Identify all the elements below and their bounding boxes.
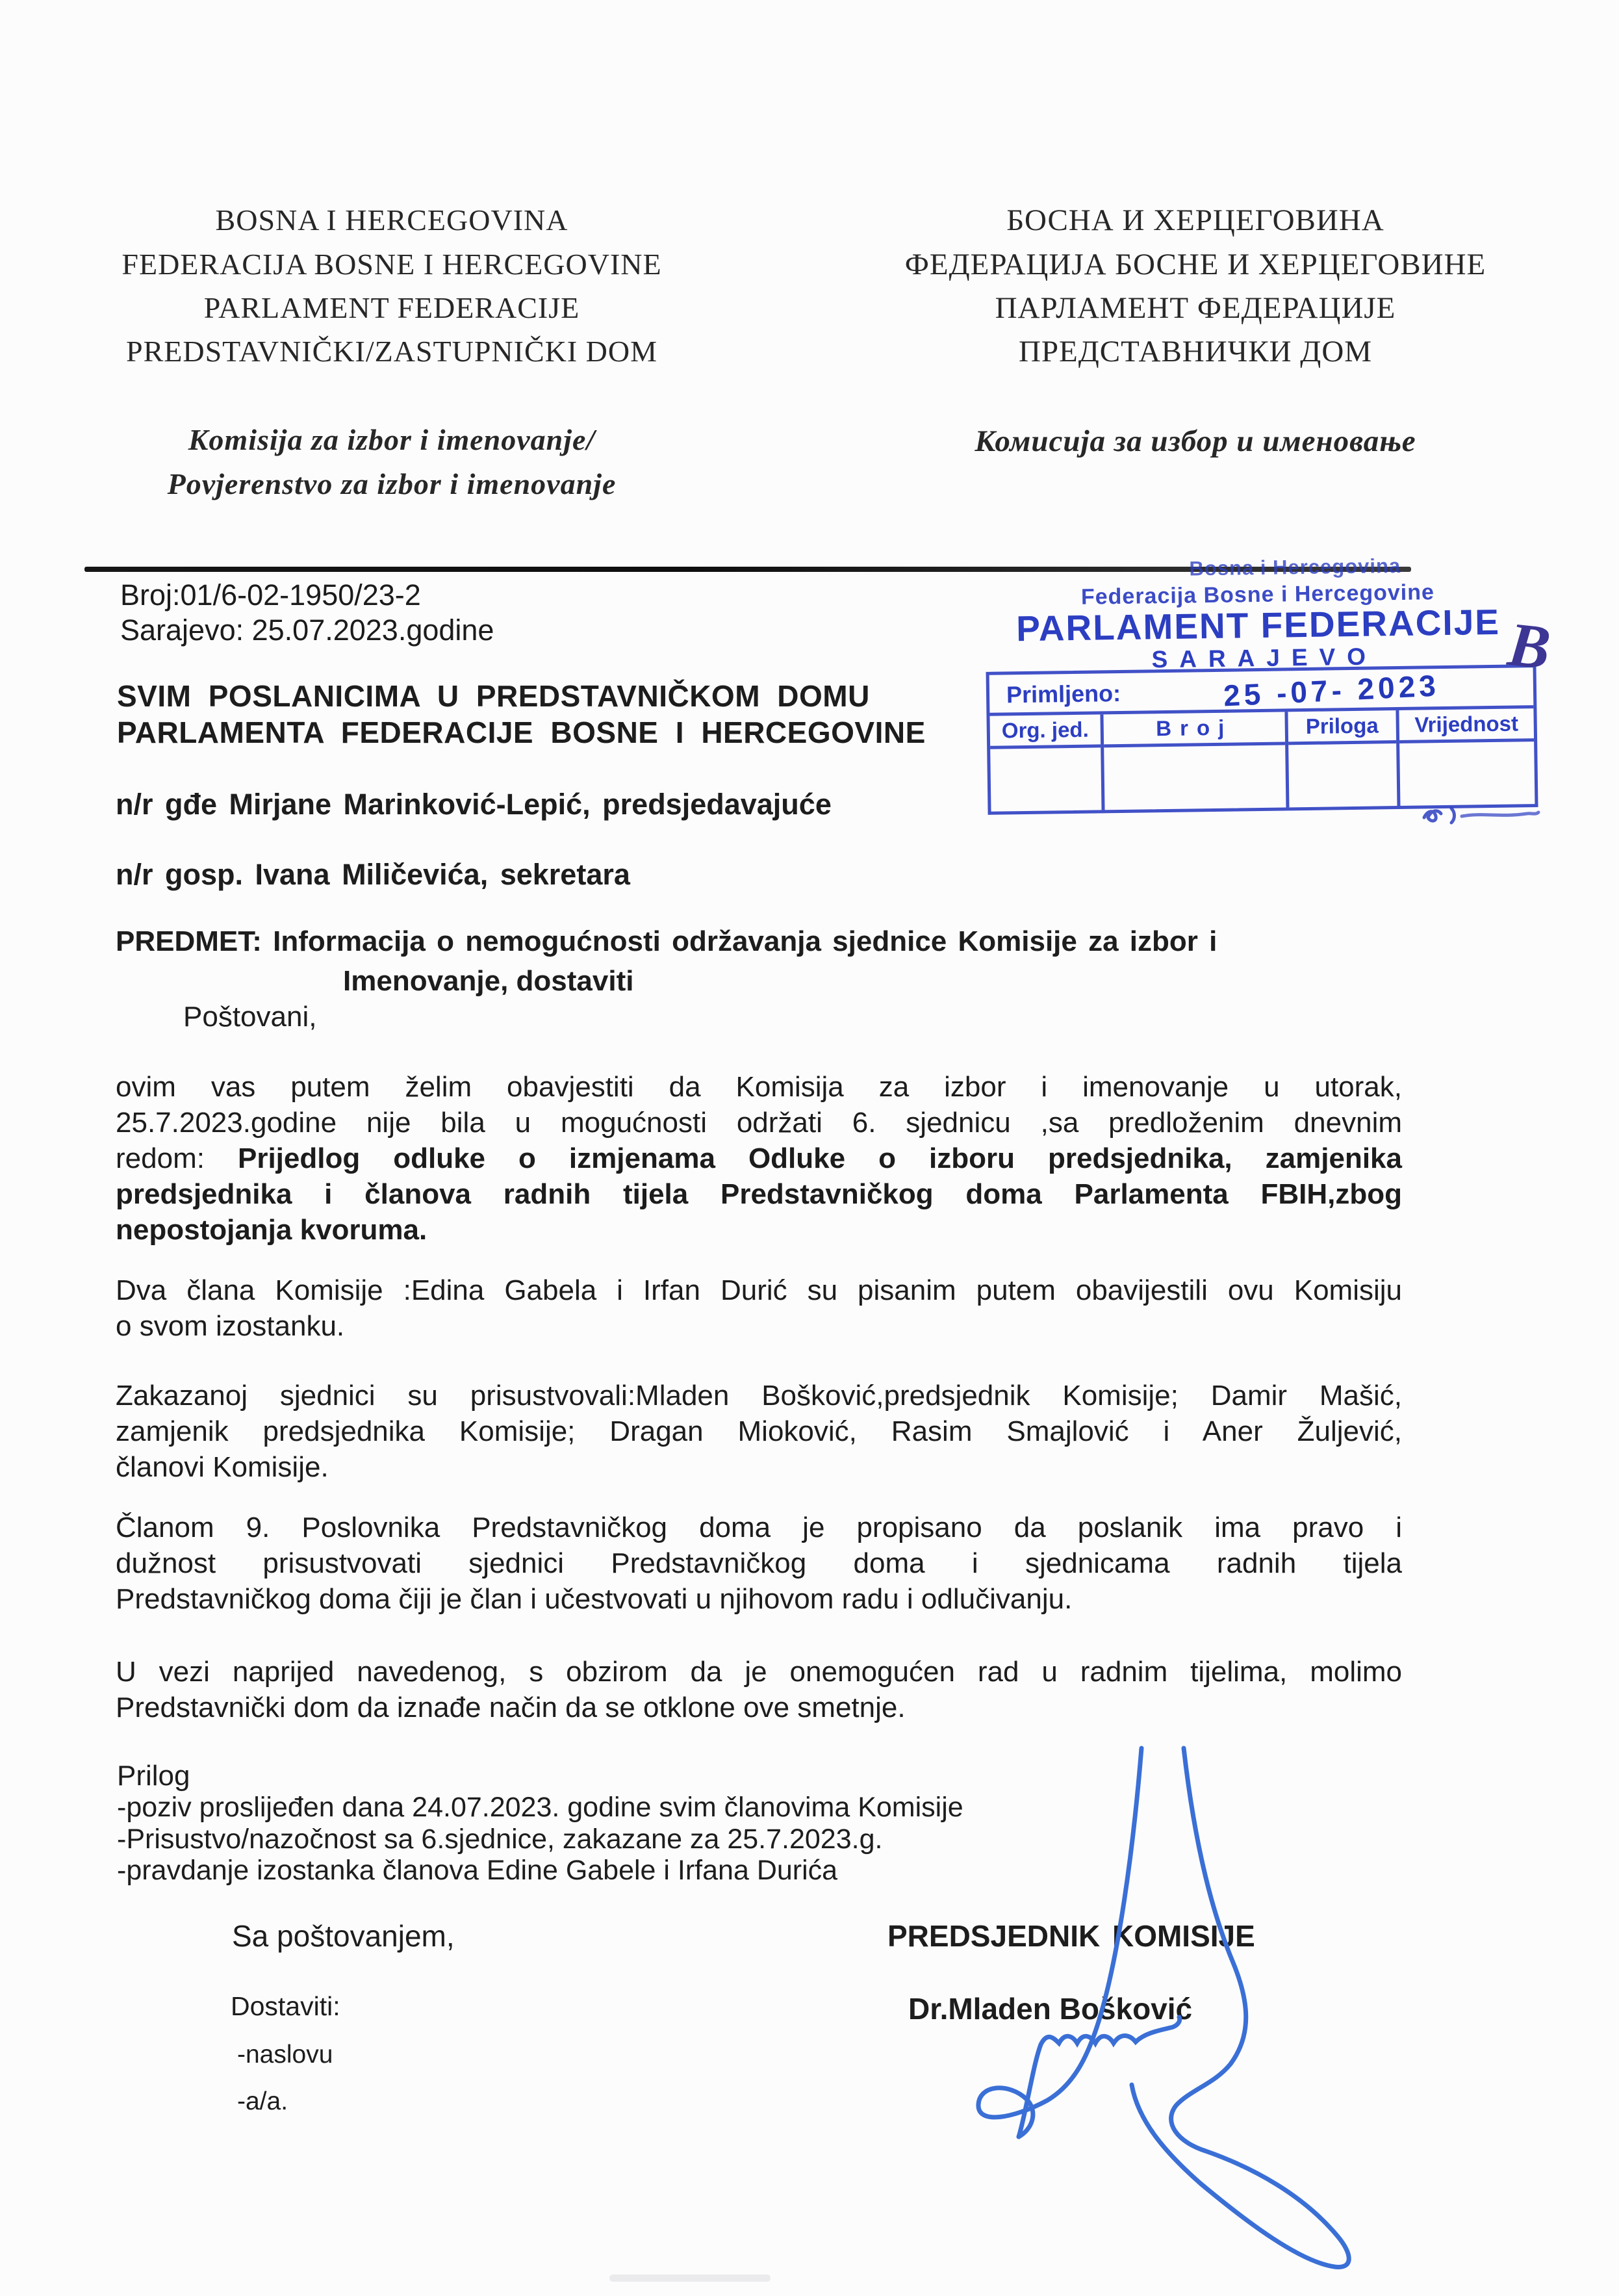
signature-ink [910,1721,1416,2296]
distribution-label: Dostaviti: [231,1991,340,2022]
body-line: 25.7.2023.godine nije bila u mogućnosti … [116,1105,1402,1141]
body-line: o svom izostanku. [116,1308,1402,1344]
stamp-col-org-jed: Org. jed. [989,714,1101,749]
stamp-table: Primljeno: 25 -07- 2023 Org. jed. Broj P… [986,664,1538,815]
distribution-item: -a/a. [237,2087,288,2116]
received-stamp: Bosna i Hercegovina Federacija Bosne i H… [971,551,1547,832]
body-line: ovim vas putem želim obavjestiti da Komi… [116,1069,1402,1105]
stamp-col-broj: Broj [1103,712,1285,747]
handwritten-initial: B [1505,608,1553,684]
stamp-received-label: Primljeno: [1006,680,1121,708]
body-line: Članom 9. Poslovnika Predstavničkog doma… [116,1510,1402,1545]
stamp-col-vrijednost: Vrijednost [1399,708,1534,743]
body-line: predsjednika i članova radnih tijela Pre… [116,1176,1402,1212]
stamp-received-date: 25 -07- 2023 [1223,667,1440,713]
body-line: Predstavnički dom da iznađe način da se … [116,1690,1402,1725]
document-page: BOSNA I HERCEGOVINAFEDERACIJA BOSNE I HE… [0,0,1619,2296]
body-line: Predstavničkog doma čiji je član i učest… [116,1581,1402,1617]
attachments-title: Prilog [117,1760,190,1792]
attachment-item: -poziv proslijeđen dana 24.07.2023. godi… [117,1792,963,1824]
body-line: Dva člana Komisije :Edina Gabela i Irfan… [116,1272,1402,1308]
scan-artifact [609,2275,771,2282]
body-line: članovi Komisije. [116,1449,1402,1485]
distribution-item: -naslovu [237,2041,333,2069]
stamp-scribble [1397,801,1546,830]
body-line: redom: Prijedlog odluke o izmjenama Odlu… [116,1141,1402,1176]
body-line: dužnost prisustvovati sjednici Predstavn… [116,1545,1402,1581]
attachment-item: -Prisustvo/nazočnost sa 6.sjednice, zaka… [117,1824,882,1855]
stamp-col-priloga: Priloga [1288,710,1396,745]
body-line: nepostojanja kvoruma. [116,1212,1402,1248]
attachment-item: -pravdanje izostanka članova Edine Gabel… [117,1855,837,1887]
closing-regards: Sa poštovanjem, [232,1918,455,1954]
body-line: zamjenik predsjednika Komisije; Dragan M… [116,1413,1402,1449]
body-line: Zakazanoj sjednici su prisustvovali:Mlad… [116,1378,1402,1413]
body-line: U vezi naprijed navedenog, s obzirom da … [116,1654,1402,1690]
